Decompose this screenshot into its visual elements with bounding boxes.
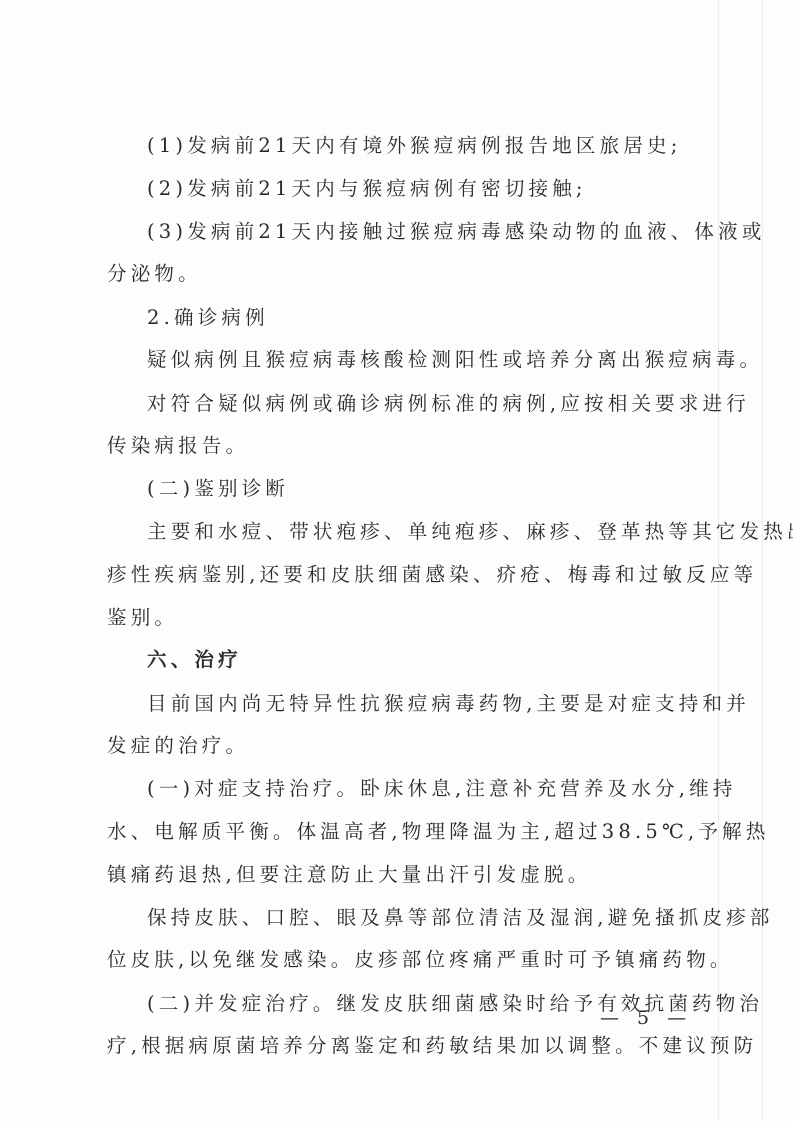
paragraph-skin-care-cont: 位皮肤,以免继发感染。皮疹部位疼痛严重时可予镇痛药物。: [107, 946, 734, 974]
heading-differential-diagnosis: (二)鉴别诊断: [147, 475, 289, 503]
paragraph-skin-care: 保持皮肤、口腔、眼及鼻等部位清洁及湿润,避免搔抓皮疹部: [147, 904, 774, 932]
paragraph-confirmed-definition: 疑似病例且猴痘病毒核酸检测阳性或培养分离出猴痘病毒。: [147, 346, 763, 374]
paragraph-symptomatic-cont: 水、电解质平衡。体温高者,物理降温为主,超过38.5℃,予解热: [107, 818, 770, 846]
paragraph-differential: 主要和水痘、带状疱疹、单纯疱疹、麻疹、登革热等其它发热出: [147, 518, 793, 546]
criterion-2: (2)发病前21天内与猴痘病例有密切接触;: [147, 175, 587, 203]
paragraph-report: 对符合疑似病例或确诊病例标准的病例,应按相关要求进行: [147, 390, 750, 418]
paragraph-symptomatic: (一)对症支持治疗。卧床休息,注意补充营养及水分,维持: [147, 775, 737, 803]
criterion-1: (1)发病前21天内有境外猴痘病例报告地区旅居史;: [147, 132, 682, 160]
paragraph-differential-cont: 疹性疾病鉴别,还要和皮肤细菌感染、疥疮、梅毒和过敏反应等: [107, 561, 757, 589]
paragraph-differential-end: 鉴别。: [107, 604, 178, 632]
paragraph-treatment-intro: 目前国内尚无特异性抗猴痘病毒药物,主要是对症支持和并: [147, 690, 750, 718]
criterion-3-cont: 分泌物。: [107, 260, 202, 288]
page-number: — 5 —: [600, 1007, 692, 1029]
paragraph-treatment-intro-cont: 发症的治疗。: [107, 732, 249, 760]
paragraph-symptomatic-end: 镇痛药退热,但要注意防止大量出汗引发虚脱。: [107, 861, 591, 889]
criterion-3: (3)发病前21天内接触过猴痘病毒感染动物的血液、体液或: [147, 218, 766, 246]
scan-edge-line: [762, 0, 763, 1121]
paragraph-report-cont: 传染病报告。: [107, 432, 249, 460]
heading-confirmed-case: 2.确诊病例: [147, 304, 269, 332]
section-heading-treatment: 六、治疗: [147, 646, 242, 674]
paragraph-complications-cont: 疗,根据病原菌培养分离鉴定和药敏结果加以调整。不建议预防: [107, 1032, 757, 1060]
